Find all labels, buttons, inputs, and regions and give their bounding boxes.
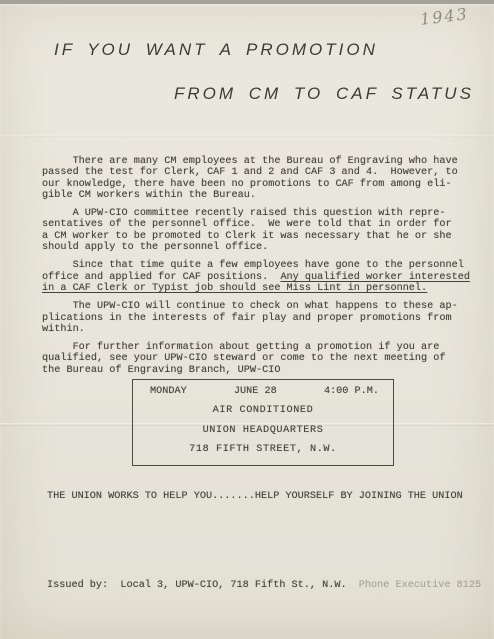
meeting-address: 718 FIFTH STREET, N.W. xyxy=(133,444,393,455)
paragraph-further-information: For further information about getting a … xyxy=(42,342,470,376)
meeting-venue: UNION HEADQUARTERS xyxy=(133,425,393,436)
meeting-date: JUNE 28 xyxy=(234,386,277,397)
flyer-body: There are many CM employees at the Burea… xyxy=(42,156,470,376)
paragraph-committee-inquiry: A UPW-CIO committee recently raised this… xyxy=(42,208,470,253)
paragraph-follow-up: The UPW-CIO will continue to check on wh… xyxy=(42,301,470,335)
scanned-paper: 1943 IF YOU WANT A PROMOTION FROM CM TO … xyxy=(0,4,494,639)
meeting-air-conditioned: AIR CONDITIONED xyxy=(133,405,393,416)
handwritten-year-annotation: 1943 xyxy=(419,4,470,29)
meeting-details-box: MONDAY JUNE 28 4:00 P.M. AIR CONDITIONED… xyxy=(132,379,394,466)
issued-by-line: Issued by: Local 3, UPW-CIO, 718 Fifth S… xyxy=(47,580,481,591)
paragraph-promotions-status: There are many CM employees at the Burea… xyxy=(42,156,470,201)
meeting-time: 4:00 P.M. xyxy=(324,386,379,397)
flyer-title-line2: FROM CM TO CAF STATUS xyxy=(174,84,474,104)
flyer-title-line1: IF YOU WANT A PROMOTION xyxy=(54,40,378,60)
fold-crease-upper xyxy=(0,135,494,137)
paragraph-applications: Since that time quite a few employees ha… xyxy=(42,260,470,294)
phone-text-faded: Phone Executive 8125 xyxy=(347,580,482,591)
meeting-day: MONDAY xyxy=(150,386,187,397)
issued-by-text: Issued by: Local 3, UPW-CIO, 718 Fifth S… xyxy=(47,580,347,591)
union-slogan: THE UNION WORKS TO HELP YOU.......HELP Y… xyxy=(47,491,463,502)
meeting-when-row: MONDAY JUNE 28 4:00 P.M. xyxy=(133,380,393,397)
